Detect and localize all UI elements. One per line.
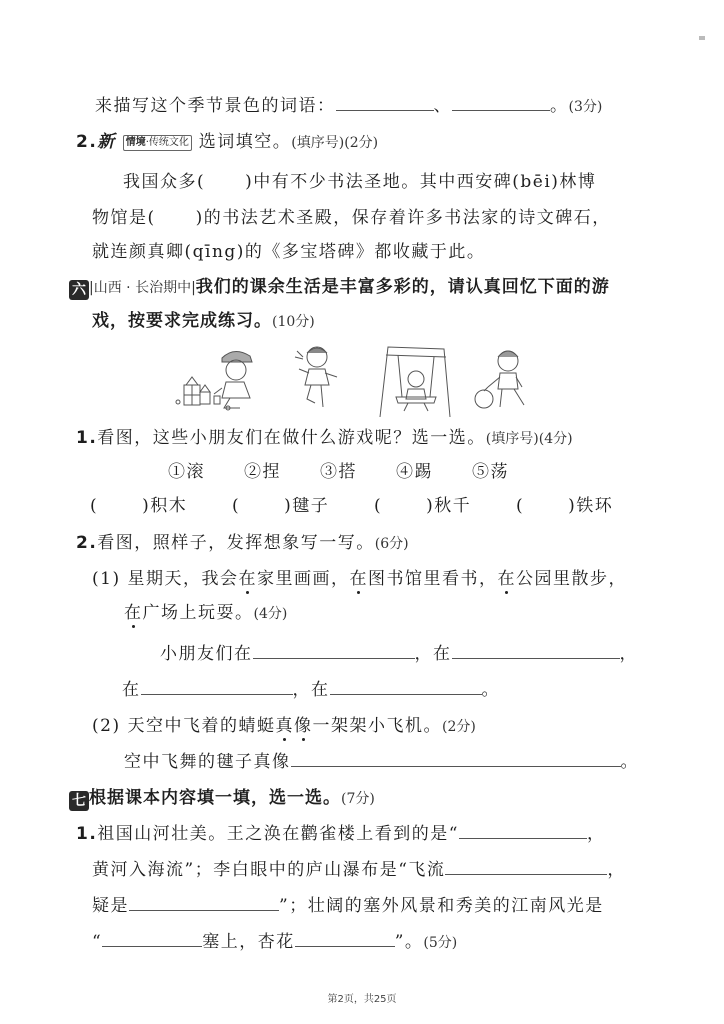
part6-q2-sub1-answer-line1: 小朋友们在，在， (160, 642, 638, 666)
swing-illustration (378, 345, 453, 418)
blank-group-hoop[interactable]: ()铁环 (516, 494, 613, 518)
answer-blank[interactable] (452, 94, 550, 111)
page-footer: 第2页，共25页 (0, 990, 724, 1005)
part6-q2-sub1-example-line2: 在广场上玩耍。(4分) (124, 601, 287, 626)
building-blocks-illustration (172, 340, 267, 415)
answer-blank[interactable] (129, 894, 279, 911)
part5-q2-passage-line1: 我国众多()中有不少书法圣地。其中西安碑(bēi)林博 (123, 170, 596, 194)
part5-q2-passage-line2: 物馆是()的书法艺术圣殿，保存着许多书法家的诗文碑石， (92, 206, 611, 230)
option-5: ⑤荡 (472, 460, 509, 484)
option-4: ④踢 (396, 460, 433, 484)
answer-blank[interactable] (102, 930, 202, 947)
part6-heading-line2: 戏，按要求完成练习。(10分) (92, 309, 315, 334)
context-tag: 情境·传统文化 (123, 135, 192, 151)
part6-q1-heading: 1.看图，这些小朋友们在做什么游戏呢？选一选。(填序号)(4分) (76, 426, 573, 451)
answer-blank[interactable] (336, 94, 434, 111)
part5-q2-passage-line3: 就连颜真卿(qīng)的《多宝塔碑》都收藏于此。 (92, 240, 485, 264)
part7-heading: 七根据课本内容填一填，选一选。(7分) (69, 786, 375, 811)
option-1: ①滚 (168, 460, 205, 484)
part7-q1-line4: “塞上，杏花”。(5分) (92, 930, 457, 955)
part7-q1-line1: 1.祖国山河壮美。王之涣在鹳雀楼上看到的是“， (76, 822, 606, 846)
new-tag-icon: 新 (97, 132, 116, 152)
answer-blank[interactable] (291, 750, 621, 767)
section-badge: 七 (69, 791, 89, 811)
part7-q1-line2: 黄河入海流”；李白眼中的庐山瀑布是“飞流， (92, 858, 626, 882)
answer-blank[interactable] (445, 858, 607, 875)
source-tag: |山西 · 长治期中| (89, 280, 196, 296)
answer-blank[interactable] (459, 822, 587, 839)
hoop-kid-illustration (474, 345, 534, 415)
answer-blank[interactable] (141, 678, 293, 695)
answer-blank[interactable] (452, 642, 620, 659)
answer-blank[interactable] (295, 930, 395, 947)
blank-group-blocks[interactable]: ()积木 (90, 494, 187, 518)
part6-q2-sub1-answer-line2: 在，在。 (122, 678, 500, 702)
blank-group-swing[interactable]: ()秋千 (374, 494, 471, 518)
part6-heading: 六|山西 · 长治期中|我们的课余生活是丰富多彩的，请认真回忆下面的游 (69, 275, 610, 300)
answer-blank[interactable] (253, 642, 415, 659)
shuttlecock-kid-illustration (293, 343, 343, 415)
option-2: ②捏 (244, 460, 281, 484)
part6-q2-sub2-answer: 空中飞舞的毽子真像。 (124, 750, 639, 774)
part5-q2-heading: 2.新 情境·传统文化 选词填空。(填序号)(2分) (76, 130, 378, 155)
scan-mark (699, 36, 705, 40)
option-3: ③搭 (320, 460, 357, 484)
part6-q2-heading: 2.看图，照样子，发挥想象写一写。(6分) (76, 531, 409, 556)
answer-blank[interactable] (330, 678, 482, 695)
part5-q1-tail: 来描写这个季节景色的词语：、。(3分) (95, 94, 602, 119)
section-badge: 六 (69, 280, 89, 300)
part7-q1-line3: 疑是”；壮阔的塞外风景和秀美的江南风光是 (92, 894, 604, 918)
blank-group-shuttlecock[interactable]: ()毽子 (232, 494, 329, 518)
part6-q2-sub1-example: (1) 星期天，我会在家里画画，在图书馆里看书，在公园里散步， (92, 567, 627, 591)
part6-q2-sub2-example: (2) 天空中飞着的蜻蜓真像一架架小飞机。(2分) (92, 714, 476, 739)
